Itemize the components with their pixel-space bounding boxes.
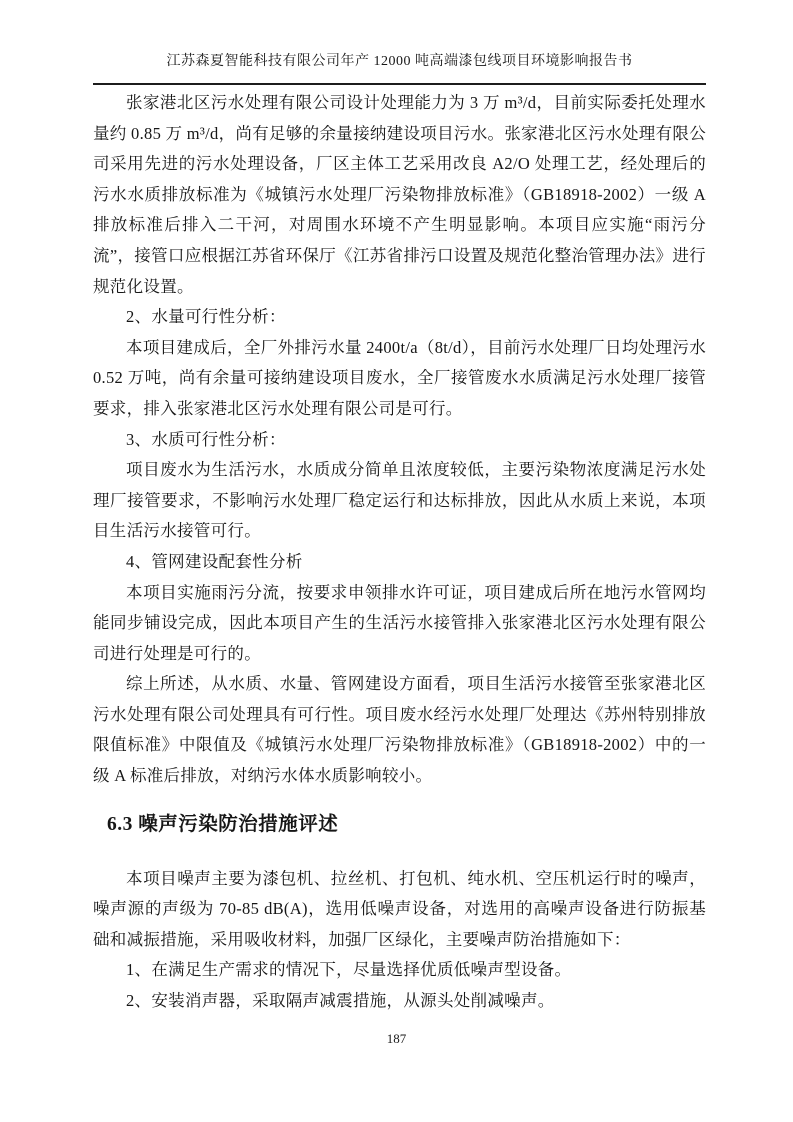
paragraph-noise-sources: 本项目噪声主要为漆包机、拉丝机、打包机、纯水机、空压机运行时的噪声，噪声源的声级… [93, 864, 706, 956]
running-header: 江苏森夏智能科技有限公司年产 12000 吨高端漆包线项目环境影响报告书 [93, 52, 706, 85]
paragraph-pipeline-heading: 4、管网建设配套性分析 [93, 547, 706, 578]
paragraph-sewage-plant-capacity: 张家港北区污水处理有限公司设计处理能力为 3 万 m³/d，目前实际委托处理水量… [93, 88, 706, 302]
paragraph-pipeline-analysis: 本项目实施雨污分流，按要求申领排水许可证，项目建成后所在地污水管网均能同步铺设完… [93, 578, 706, 670]
paragraph-water-quality-heading: 3、水质可行性分析： [93, 425, 706, 456]
document-body: 张家港北区污水处理有限公司设计处理能力为 3 万 m³/d，目前实际委托处理水量… [93, 88, 706, 1017]
paragraph-water-quantity-analysis: 本项目建成后，全厂外排污水量 2400t/a（8t/d），目前污水处理厂日均处理… [93, 333, 706, 425]
paragraph-water-quantity-heading: 2、水量可行性分析： [93, 302, 706, 333]
paragraph-noise-measure-2: 2、安装消声器，采取隔声减震措施，从源头处削减噪声。 [93, 986, 706, 1017]
paragraph-noise-measure-1: 1、在满足生产需求的情况下，尽量选择优质低噪声型设备。 [93, 955, 706, 986]
page-number: 187 [0, 1031, 793, 1047]
paragraph-conclusion: 综上所述，从水质、水量、管网建设方面看，项目生活污水接管至张家港北区污水处理有限… [93, 669, 706, 791]
document-page: 江苏森夏智能科技有限公司年产 12000 吨高端漆包线项目环境影响报告书 张家港… [0, 0, 793, 1122]
section-heading-6-3: 6.3 噪声污染防治措施评述 [107, 808, 706, 842]
paragraph-water-quality-analysis: 项目废水为生活污水，水质成分简单且浓度较低，主要污染物浓度满足污水处理厂接管要求… [93, 455, 706, 547]
